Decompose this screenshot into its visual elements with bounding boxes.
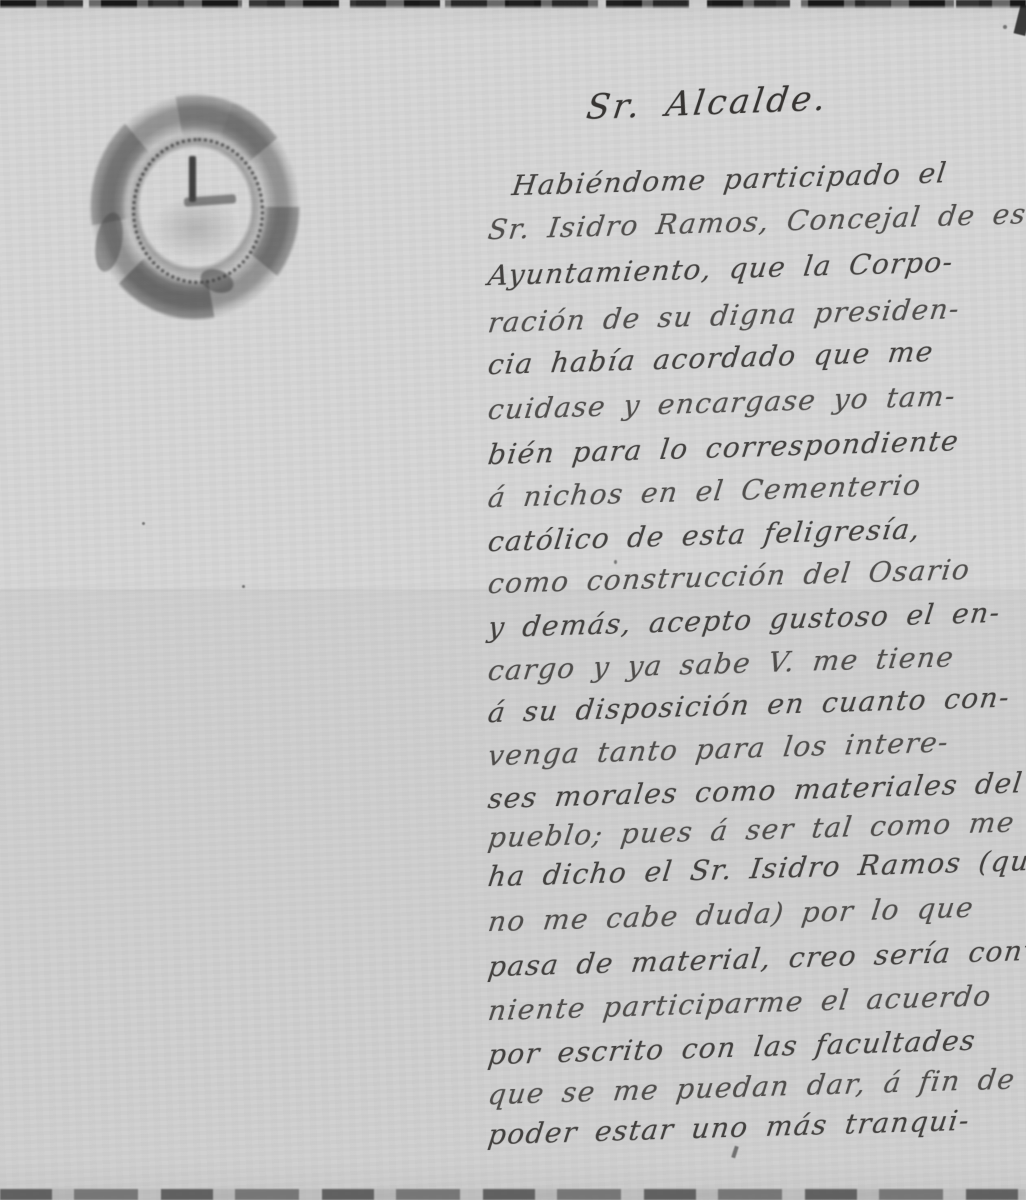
letter-line: bién para lo correspondiente xyxy=(486,424,961,472)
letter-line: cargo y ya sabe V. me tiene xyxy=(486,640,957,688)
letter-line: poder estar uno más tranqui- xyxy=(486,1104,972,1152)
letter-line: pasa de material, creo sería conve- xyxy=(486,933,1026,984)
ink-speck xyxy=(242,585,245,588)
stamp-center-mark xyxy=(189,156,196,202)
letter-line: Sr. Isidro Ramos, Concejal de ese xyxy=(486,196,1026,247)
salutation: Sr. Alcalde. xyxy=(584,78,831,128)
scan-top-edge-artifact xyxy=(0,0,1026,9)
letter-line: católico de esta feligresía, xyxy=(486,512,923,559)
letter-line: á su disposición en cuanto con- xyxy=(486,680,1012,730)
ink-speck xyxy=(142,522,145,525)
letter-line: y demás, acepto gustoso el en- xyxy=(486,596,1003,645)
letter-line: Habiéndome participado el xyxy=(510,156,949,203)
scanned-letter-page: Sr. Alcalde. Habiéndome participado el S… xyxy=(0,0,1026,1200)
ink-speck xyxy=(1003,25,1007,29)
letter-line: como construcción del Osario xyxy=(486,553,973,601)
letter-line: cuidase y encargase yo tam- xyxy=(486,379,958,427)
letter-line: Ayuntamiento, que la Corpo- xyxy=(486,245,956,293)
letter-line: niente participarme el acuerdo xyxy=(486,979,994,1028)
stray-ink-mark xyxy=(731,1146,739,1159)
letter-line: á nichos en el Cementerio xyxy=(486,468,924,515)
letter-line: cia había acordado que me xyxy=(486,335,936,382)
scan-bottom-edge-artifact xyxy=(0,1189,1026,1200)
letter-line: no me cabe duda) por lo que xyxy=(486,890,976,939)
letter-line: venga tanto para los intere- xyxy=(486,725,951,773)
round-ink-stamp xyxy=(88,92,302,322)
letter-line: ración de su digna presiden- xyxy=(486,292,962,340)
